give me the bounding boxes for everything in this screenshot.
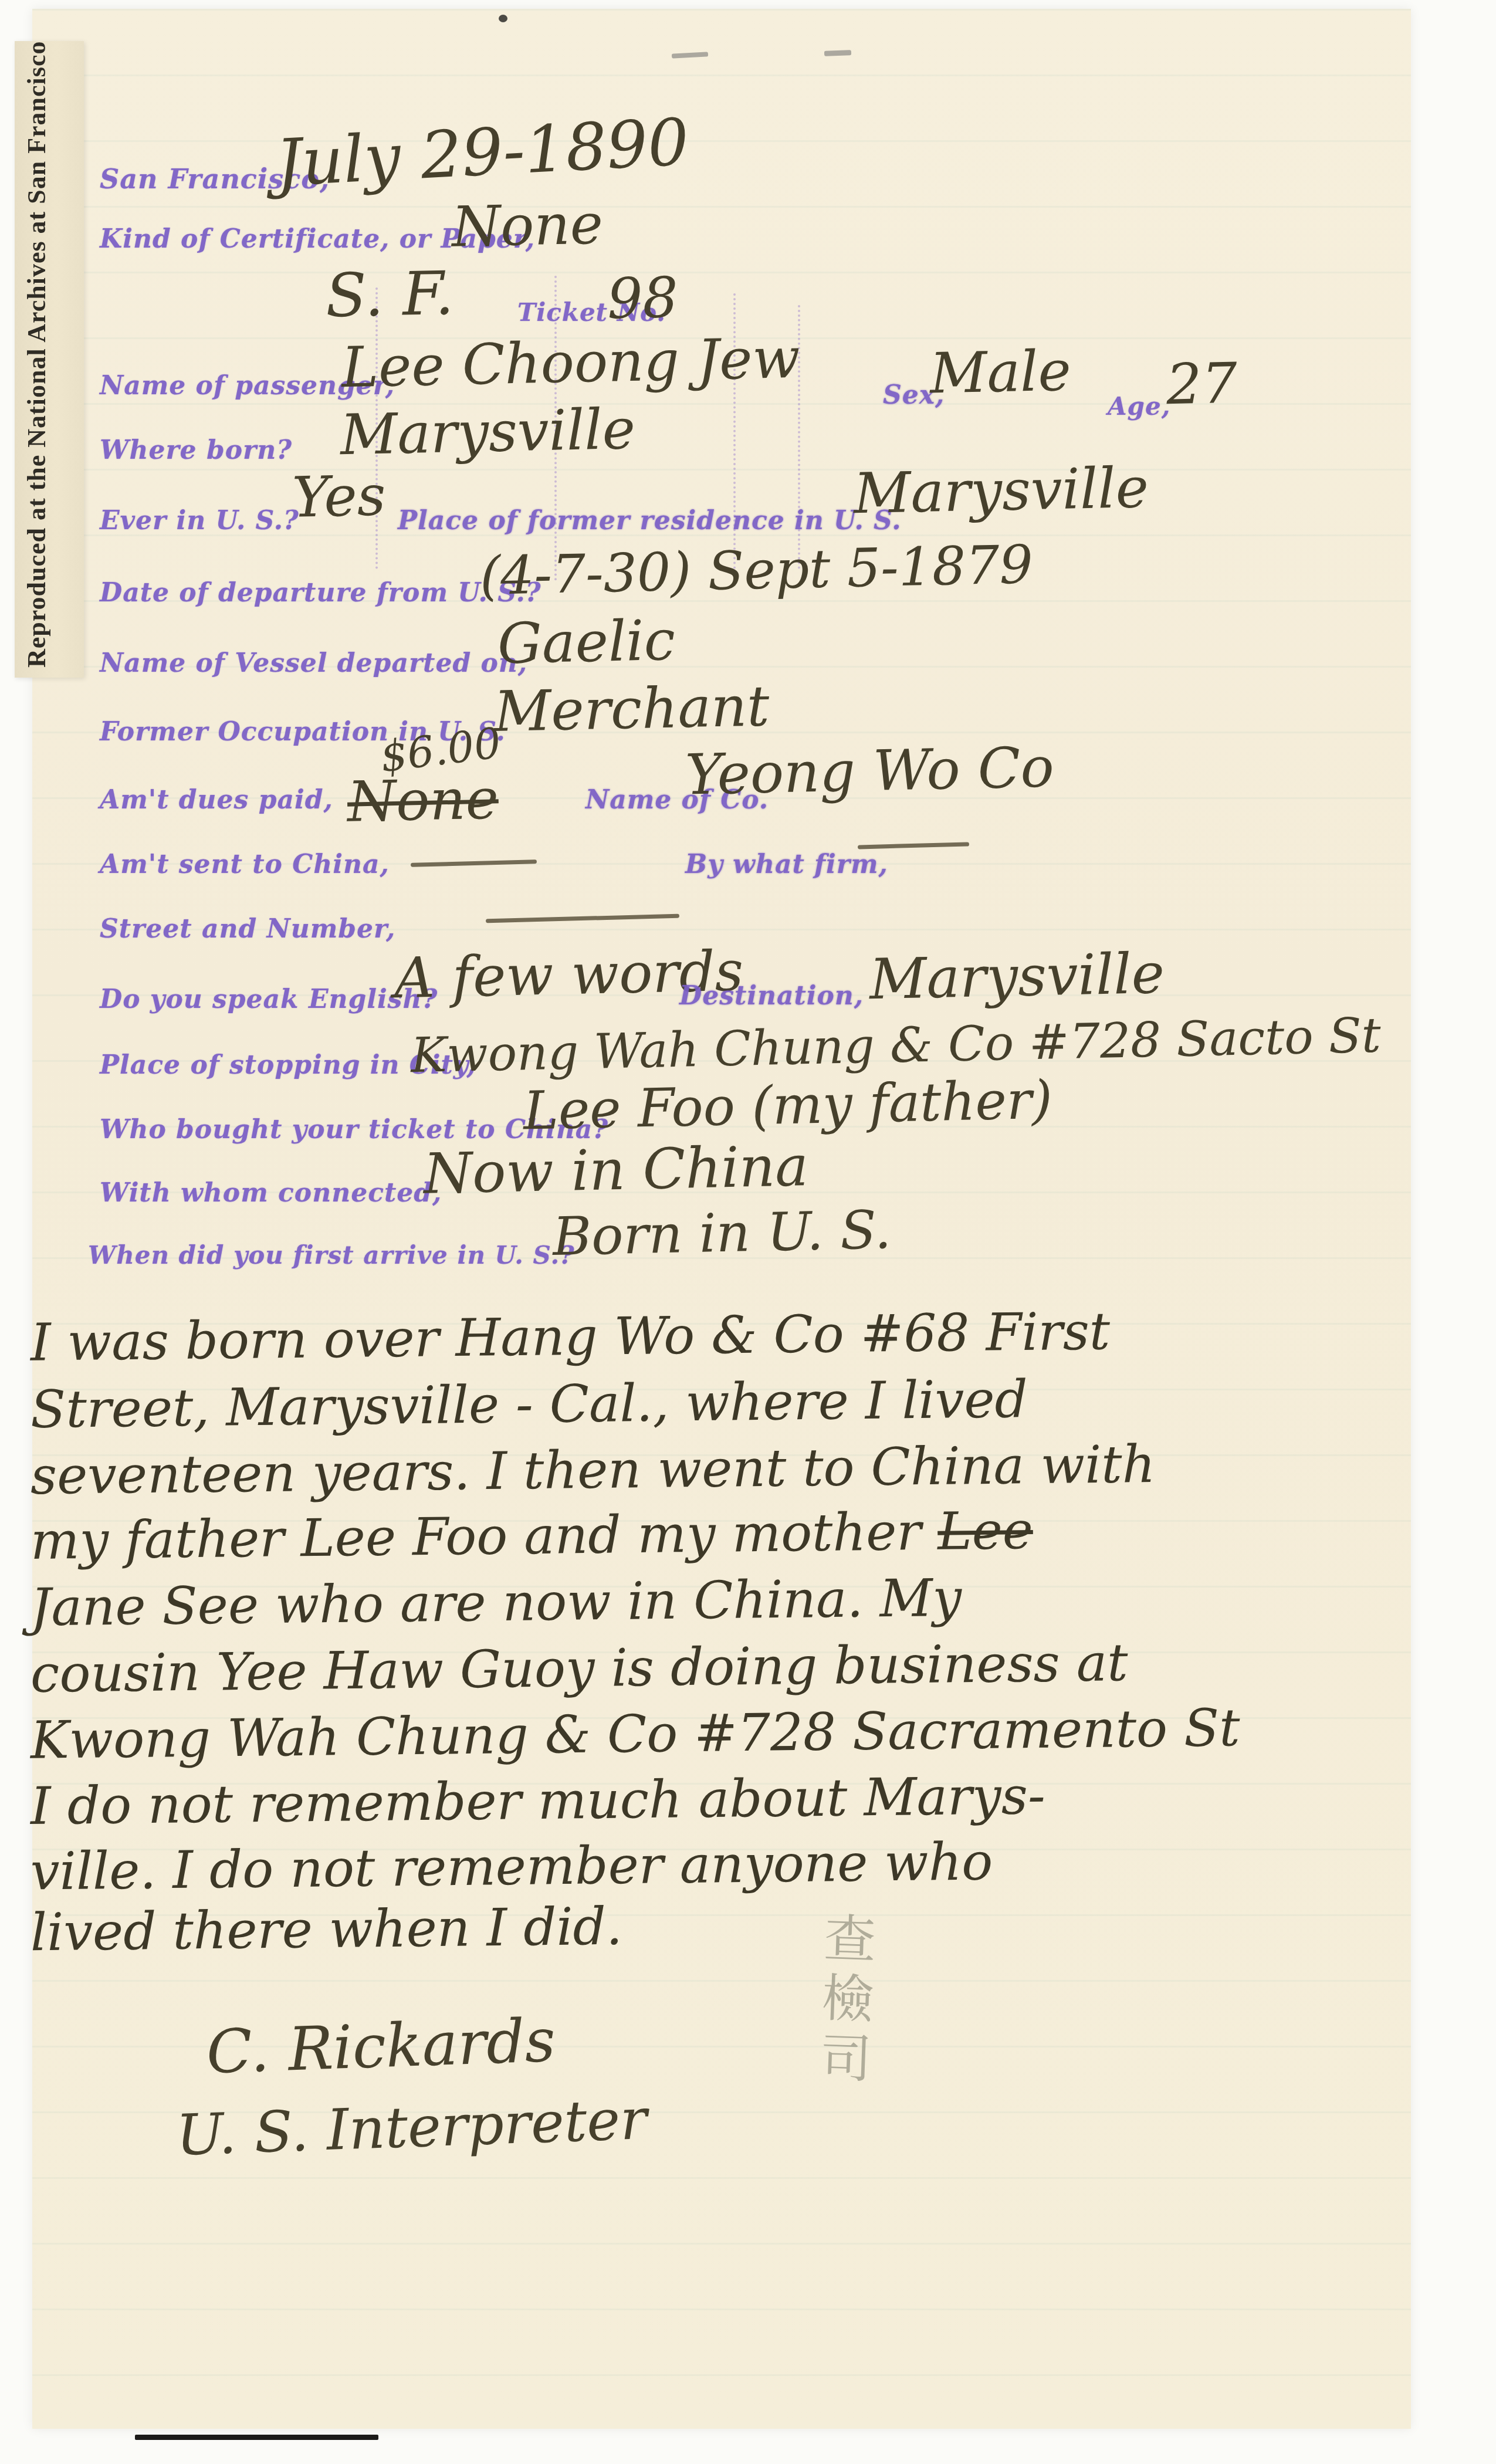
statement-line: cousin Yee Haw Guoy is doing business at: [31, 1637, 1128, 1700]
vessel-stamp-label: Name of Vessel departed on,: [100, 648, 527, 678]
statement-line: I do not remember much about Marys-: [31, 1770, 1045, 1832]
statement-text: cousin Yee Haw Guoy is doing business at: [31, 1632, 1128, 1704]
certificate-handwritten-value: None: [451, 197, 604, 255]
street-number-stamp-label: Street and Number,: [100, 914, 395, 944]
first-arrival-value: Born in U. S.: [552, 1204, 892, 1264]
destination-value: Marysville: [869, 946, 1165, 1008]
port-handwritten-value: S. F.: [325, 264, 454, 327]
dues-paid-stamp-label: Am't dues paid,: [100, 785, 333, 815]
statement-line: my father Lee Foo and my mother Lee: [31, 1505, 1034, 1567]
scan-smudge: [824, 50, 851, 56]
statement-line: I was born over Hang Wo & Co #68 First: [31, 1305, 1111, 1368]
statement-line: ville. I do not remember anyone who: [31, 1836, 993, 1897]
statement-text: Kwong Wah Chung & Co #728 Sacramento St: [31, 1697, 1241, 1771]
sex-value: Male: [929, 343, 1071, 402]
interpreter-signature: C. Rickards: [205, 2011, 556, 2083]
passenger-name-value: Lee Choong Jew: [341, 331, 801, 396]
former-residence-stamp-label: Place of former residence in U. S.: [398, 506, 902, 536]
dues-crossed-out-value: None: [347, 771, 499, 830]
scan-edge-mark: [135, 2435, 378, 2440]
connected-stamp-label: With whom connected,: [100, 1178, 442, 1208]
interpreter-title: U. S. Interpreter: [175, 2091, 648, 2164]
where-born-stamp-label: Where born?: [100, 435, 292, 465]
ever-in-us-stamp-label: Ever in U. S.?: [100, 506, 299, 536]
ticket-number-value: 98: [607, 270, 679, 328]
vessel-value: Gaelic: [497, 613, 676, 672]
sent-to-china-stamp-label: Am't sent to China,: [100, 849, 390, 879]
speak-english-stamp-label: Do you speak English?: [100, 984, 438, 1014]
statement-text: ville. I do not remember anyone who: [31, 1831, 993, 1901]
scan-speck: [499, 15, 507, 22]
departure-date-stamp-label: Date of departure from U. S.?: [100, 578, 541, 608]
archive-reproduction-strip: Reproduced at the National Archives at S…: [15, 41, 84, 678]
age-value: 27: [1166, 356, 1238, 414]
statement-text: Street, Marysville - Cal., where I lived: [31, 1369, 1028, 1440]
age-stamp-label: Age,: [1108, 392, 1170, 421]
occupation-value: Merchant: [493, 679, 770, 740]
scanned-document-page: { "colors": { "stamp_purple": "#7a5ec6",…: [0, 0, 1496, 2464]
departure-date-value: (4-7-30) Sept 5-1879: [479, 539, 1033, 603]
statement-text: I was born over Hang Wo & Co #68 First: [31, 1301, 1111, 1372]
company-value: Yeong Wo Co: [685, 740, 1054, 803]
statement-line: Jane See who are now in China. My: [31, 1572, 962, 1634]
statement-text: Jane See who are now in China. My: [30, 1568, 962, 1638]
archive-strip-label: Reproduced at the National Archives at S…: [22, 52, 77, 668]
where-born-value: Marysville: [340, 402, 636, 464]
destination-stamp-label: Destination,: [679, 981, 864, 1011]
statement-line: lived there when I did.: [31, 1901, 623, 1959]
former-residence-value: Marysville: [853, 461, 1149, 523]
connected-value: Now in China: [423, 1139, 809, 1203]
ever-in-us-value: Yes: [292, 468, 386, 526]
by-what-firm-stamp-label: By what firm,: [685, 849, 888, 879]
chinese-inspection-stamp: 查檢司: [811, 1910, 877, 2091]
ticket-buyer-value: Lee Foo (my father): [523, 1074, 1052, 1138]
statement-struck-text: Lee: [937, 1500, 1034, 1562]
statement-text: seventeen years. I then went to China wi…: [31, 1434, 1156, 1506]
statement-text: I do not remember much about Marys-: [31, 1765, 1046, 1836]
statement-text: lived there when I did.: [30, 1896, 622, 1963]
statement-line: Kwong Wah Chung & Co #728 Sacramento St: [31, 1702, 1240, 1766]
statement-line: seventeen years. I then went to China wi…: [31, 1439, 1156, 1502]
statement-line: Street, Marysville - Cal., where I lived: [31, 1373, 1028, 1436]
first-arrival-stamp-label: When did you first arrive in U. S.?: [88, 1241, 575, 1270]
statement-text: my father Lee Foo and my mother: [31, 1501, 938, 1571]
